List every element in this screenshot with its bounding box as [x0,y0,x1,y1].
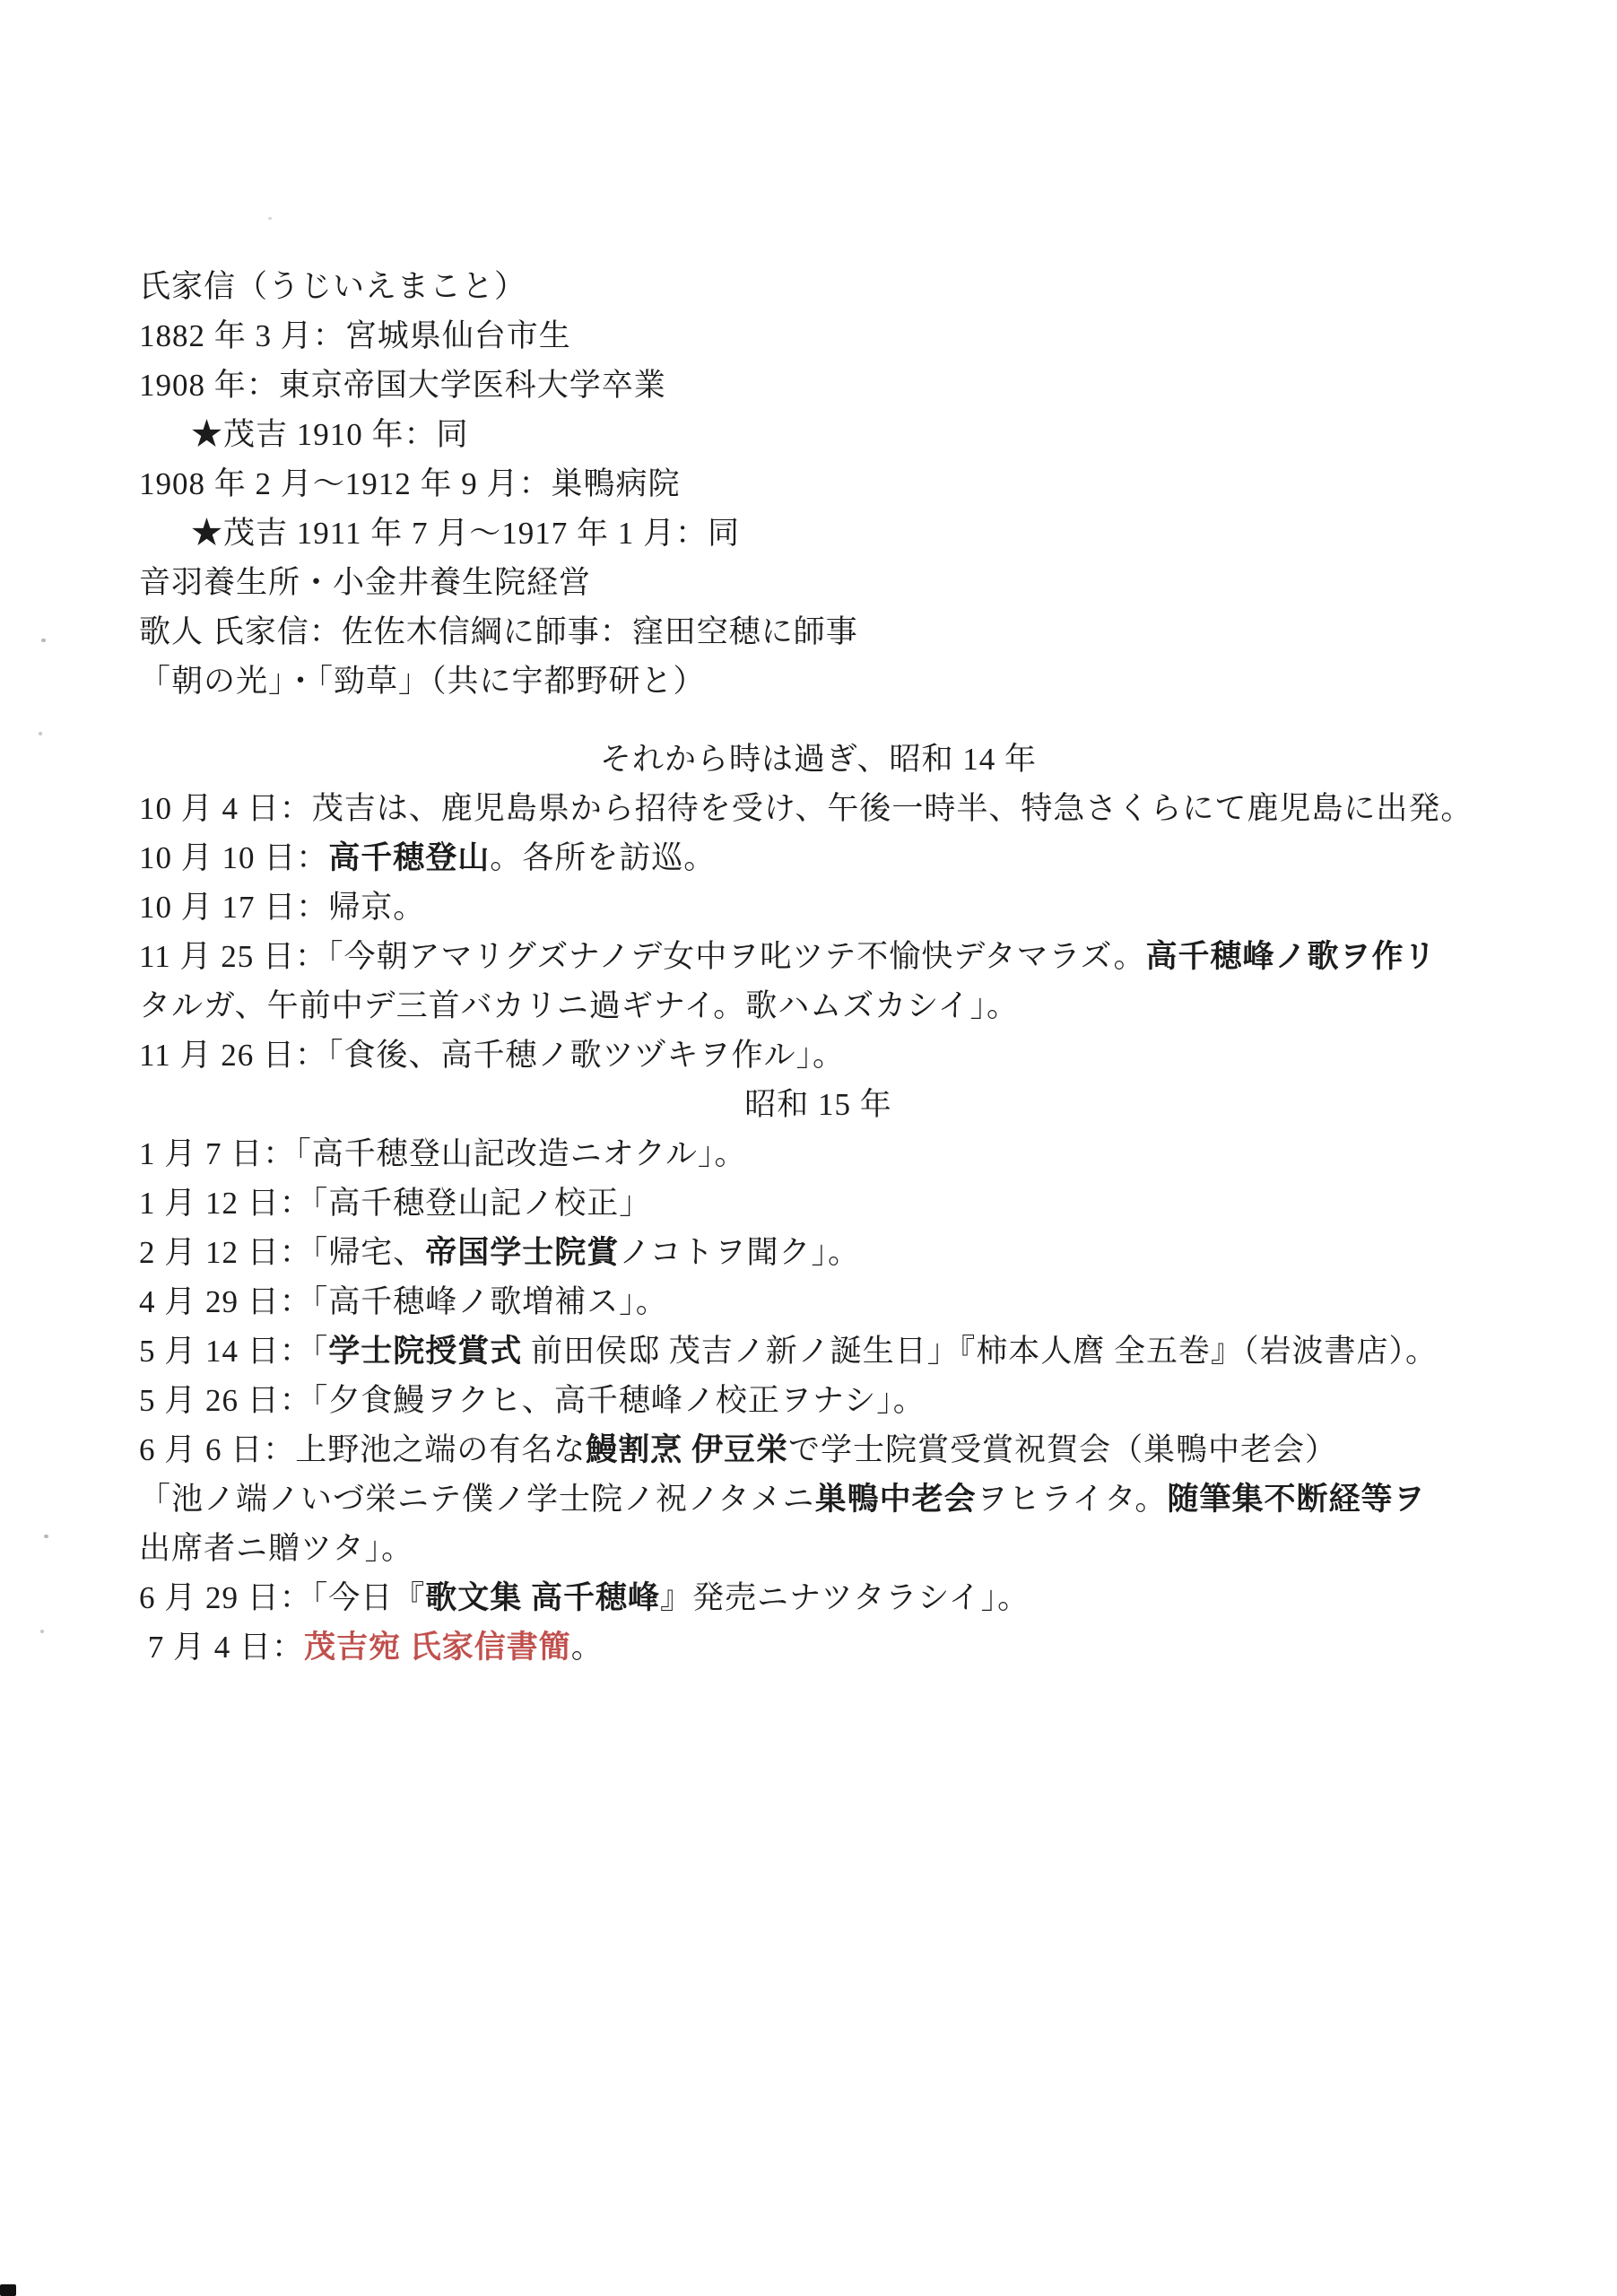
text-segment: 「朝の光」・「勁草」（共に宇都野研と） [139,664,706,699]
text-segment: 11 月 26 日：「食後、高千穂ノ歌ツヅキヲ作ル」。 [139,1038,845,1073]
text-segment: 6 月 29 日：「今日『 [139,1580,425,1615]
text-segment: ノコトヲ聞ク」。 [619,1235,860,1270]
text-segment: 帝国学士院賞 [425,1235,619,1270]
text-segment: 歌人 氏家信：佐佐木信綱に師事：窪田空穂に師事 [139,614,858,649]
text-segment: で学士院賞受賞祝賀会（巣鴨中老会） [788,1432,1337,1467]
bio-line-mokichi-1911: ★茂吉 1911 年 7 月～1917 年 1 月：同 [139,509,1498,558]
text-segment: 氏家信（うじいえまこと） [139,269,526,304]
text-segment: 1908 年 2 月～1912 年 9 月：巣鴨病院 [139,466,681,501]
section-heading-showa14: それから時は過ぎ、昭和 14 年 [139,735,1498,784]
text-segment: 1908 年：東京帝国大学医科大学卒業 [139,368,666,403]
timeline-oct4: 10 月 4 日：茂吉は、鹿児島県から招待を受け、午後一時半、特急さくらにて鹿児… [139,784,1498,833]
text-segment: 1882 年 3 月：宮城県仙台市生 [139,318,571,353]
text-segment: 随筆集不断経等ヲ [1167,1482,1425,1517]
timeline-feb12: 2 月 12 日：「帰宅、帝国学士院賞ノコトヲ聞ク」。 [139,1228,1498,1277]
scan-speck-2 [39,732,42,735]
timeline-jun6: 6 月 6 日：上野池之端の有名な鰻割烹 伊豆栄で学士院賞受賞祝賀会（巣鴨中老会… [139,1425,1498,1474]
scan-speck-3 [44,1535,48,1538]
bio-line-mokichi-1910: ★茂吉 1910 年：同 [139,410,1498,459]
timeline-jan12: 1 月 12 日：「高千穂登山記ノ校正」 [139,1178,1498,1228]
text-segment: ★茂吉 1911 年 7 月～1917 年 1 月：同 [191,516,740,551]
text-segment: 10 月 17 日：帰京。 [139,890,425,925]
text-segment: 鰻割烹 伊豆栄 [586,1432,788,1467]
timeline-nov26: 11 月 26 日：「食後、高千穂ノ歌ツヅキヲ作ル」。 [139,1031,1498,1080]
text-segment: それから時は過ぎ、昭和 14 年 [600,742,1037,777]
text-segment: タルガ、午前中デ三首バカリニ過ギナイ。歌ハムズカシイ」。 [139,988,1019,1023]
timeline-jan7: 1 月 7 日：「高千穂登山記改造ニオクル」。 [139,1129,1498,1178]
bio-line-sugamo-hospital: 1908 年 2 月～1912 年 9 月：巣鴨病院 [139,459,1498,509]
scan-mark-corner [0,2284,16,2296]
bio-line-otowa: 音羽養生所・小金井養生院経営 [139,558,1498,607]
text-segment: 10 月 4 日：茂吉は、鹿児島県から招待を受け、午後一時半、特急さくらにて鹿児… [139,791,1473,826]
text-segment: 11 月 25 日：「今朝アマリグズナノデ女中ヲ叱ツテ不愉快デタマラズ。 [139,939,1146,974]
text-segment: ★茂吉 1910 年：同 [191,417,469,452]
text-segment: ヲヒライタ。 [977,1482,1168,1517]
text-segment: 10 月 10 日： [139,840,328,875]
text-segment: 出席者ニ贈ツタ」。 [139,1531,413,1566]
document-page: 氏家信（うじいえまこと）1882 年 3 月：宮城県仙台市生1908 年：東京帝… [0,0,1617,2296]
timeline-jun29: 6 月 29 日：「今日『歌文集 高千穂峰』発売ニナツタラシイ」。 [139,1573,1498,1622]
text-segment: 5 月 26 日：「夕食鰻ヲクヒ、高千穂峰ノ校正ヲナシ」。 [139,1383,926,1418]
text-segment: 高千穂登山 [328,840,490,875]
text-segment: 「池ノ端ノいづ栄ニテ僕ノ学士院ノ祝ノタメニ [139,1482,815,1517]
scan-speck-4 [40,1630,44,1633]
timeline-may26: 5 月 26 日：「夕食鰻ヲクヒ、高千穂峰ノ校正ヲナシ」。 [139,1376,1498,1425]
timeline-oct17: 10 月 17 日：帰京。 [139,883,1498,932]
text-segment: 2 月 12 日：「帰宅、 [139,1235,425,1270]
text-segment: 7 月 4 日： [139,1630,304,1665]
text-segment: 高千穂峰ノ歌ヲ作リ [1146,939,1437,974]
timeline-apr29: 4 月 29 日：「高千穂峰ノ歌増補ス」。 [139,1277,1498,1326]
text-segment: 1 月 12 日：「高千穂登山記ノ校正」 [139,1186,651,1221]
text-segment: 5 月 14 日：「 [139,1334,328,1369]
bio-line-graduation: 1908 年：東京帝国大学医科大学卒業 [139,361,1498,410]
section-heading-showa15: 昭和 15 年 [139,1080,1498,1129]
timeline-jun6-quote: 「池ノ端ノいづ栄ニテ僕ノ学士院ノ祝ノタメニ巣鴨中老会ヲヒライタ。随筆集不断経等ヲ [139,1474,1498,1524]
text-segment: 学士院授賞式 [328,1334,522,1369]
bio-line-name: 氏家信（うじいえまこと） [139,262,1498,311]
text-segment: 音羽養生所・小金井養生院経営 [139,565,591,600]
timeline-jun6-quote-cont: 出席者ニ贈ツタ」。 [139,1524,1498,1573]
timeline-nov25: 11 月 25 日：「今朝アマリグズナノデ女中ヲ叱ツテ不愉快デタマラズ。高千穂峰… [139,932,1498,981]
text-segment: 』発売ニナツタラシイ」。 [660,1580,1030,1615]
text-segment: 。 [571,1630,604,1665]
scan-speck-5 [268,217,272,220]
text-segment: 歌文集 高千穂峰 [425,1580,660,1615]
text-segment: 茂吉宛 氏家信書簡 [304,1630,571,1665]
document-content: 氏家信（うじいえまこと）1882 年 3 月：宮城県仙台市生1908 年：東京帝… [139,262,1498,1672]
text-segment: 6 月 6 日：上野池之端の有名な [139,1432,586,1467]
text-segment: 巣鴨中老会 [815,1482,977,1517]
text-segment: 。各所を訪巡。 [490,840,716,875]
text-segment: 前田侯邸 茂吉ノ新ノ誕生日」『柿本人麿 全五巻』（岩波書店）。 [522,1334,1438,1369]
timeline-nov25-cont: タルガ、午前中デ三首バカリニ過ギナイ。歌ハムズカシイ」。 [139,981,1498,1031]
text-segment: 4 月 29 日：「高千穂峰ノ歌増補ス」。 [139,1284,668,1319]
bio-line-poet-teachers: 歌人 氏家信：佐佐木信綱に師事：窪田空穂に師事 [139,607,1498,657]
bio-line-journals: 「朝の光」・「勁草」（共に宇都野研と） [139,657,1498,706]
text-segment: 昭和 15 年 [744,1087,892,1122]
timeline-may14: 5 月 14 日：「学士院授賞式 前田侯邸 茂吉ノ新ノ誕生日」『柿本人麿 全五巻… [139,1326,1498,1376]
text-segment: 1 月 7 日：「高千穂登山記改造ニオクル」。 [139,1136,747,1171]
timeline-oct10: 10 月 10 日：高千穂登山。各所を訪巡。 [139,833,1498,883]
timeline-jul4: 7 月 4 日：茂吉宛 氏家信書簡。 [139,1622,1498,1672]
scan-speck-1 [41,639,46,642]
bio-line-birth: 1882 年 3 月：宮城県仙台市生 [139,311,1498,361]
